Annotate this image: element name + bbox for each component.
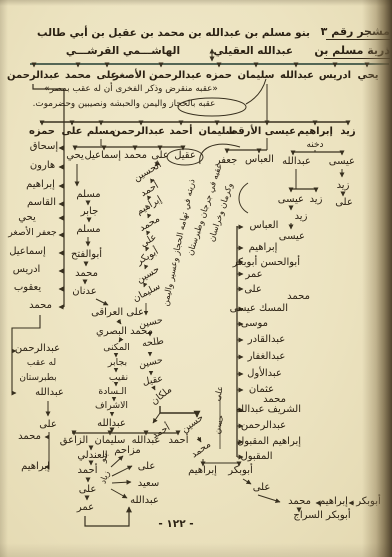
- tree-node: إبراهيم: [316, 496, 351, 507]
- page-number: - ١٢٢ -: [153, 519, 199, 531]
- tree-node: عيسى الأرقط: [239, 126, 296, 137]
- tree-node: الشريف عبدالله: [238, 404, 301, 415]
- tree-node: عبدالرحمن: [118, 126, 165, 137]
- tree-node: حمزه: [26, 126, 58, 137]
- tree-node: عدنان: [69, 286, 100, 297]
- tree-node: سعيد: [135, 478, 162, 489]
- tree-node: محمد: [62, 70, 94, 81]
- tree-node: موسى: [241, 318, 268, 329]
- tree-node: أبوالحسن أبوبكر: [238, 257, 300, 268]
- tree-node: أبوالفتح: [66, 249, 107, 260]
- tree-node: إبراهيم: [298, 126, 333, 137]
- tree-node: يعقوب: [11, 282, 44, 293]
- tree-node: الزاعق: [56, 435, 92, 446]
- tree-node: عقبه بالحجاز واليمن والحبشه ونصيبين وحضر…: [4, 100, 244, 110]
- tree-node: على: [251, 482, 272, 493]
- tree-node: الاشراف: [89, 401, 134, 411]
- tree-node: محمد: [25, 300, 56, 311]
- tree-title: بنو مسلم بن عبدالله بن محمد بن عقيل بن أ…: [70, 28, 310, 40]
- tree-node: يحي: [14, 212, 40, 223]
- tree-node: على: [77, 484, 98, 495]
- tree-node: عبدالله: [127, 495, 162, 506]
- tree-node: عبدالقادر: [243, 334, 290, 345]
- tree-node: جعفر الأصغر: [3, 228, 62, 238]
- tree-node: عمر: [243, 269, 265, 280]
- tree-node: ادريس: [11, 264, 42, 275]
- tree-node: على: [136, 461, 157, 472]
- tree-node: عيسى: [329, 156, 355, 167]
- tree-node: إسماعيل: [7, 246, 48, 257]
- tree-node: على: [334, 197, 354, 208]
- tree-node: عبدالله: [31, 387, 68, 398]
- tree-node: عقيل: [172, 150, 198, 161]
- tree-node: أحمد: [165, 435, 192, 446]
- tree-node: «عقبه منقرض وذكر الفخرى أن له عقب بمصر»: [28, 85, 234, 95]
- tree-number: مشجر رقم ٣: [326, 26, 390, 40]
- root-name: عبدالله العقيلي: [219, 46, 293, 58]
- tree-node: بطبرستان: [15, 373, 61, 383]
- tree-node: محمد: [15, 431, 44, 442]
- root-label: ذرية مسلم بن: [324, 45, 390, 59]
- tree-node: زيد: [291, 211, 311, 222]
- tree-node: إبراهيم: [184, 465, 221, 476]
- tree-node: زيد: [332, 180, 354, 191]
- tree-node: أبوبكر: [223, 465, 258, 476]
- tree-node: أحمد: [167, 126, 195, 137]
- tree-node: محمد: [123, 150, 148, 161]
- tree-node: الـسادة: [93, 387, 132, 397]
- tree-node: أحمد: [75, 465, 100, 476]
- tree-node: عبدالغفار: [243, 351, 290, 362]
- tree-node: جابر: [76, 206, 103, 217]
- tree-node: القاسم: [25, 197, 58, 208]
- tree-node: يحي: [64, 150, 86, 161]
- tree-node: محمد: [72, 268, 101, 279]
- tree-node: إبراهيم: [246, 242, 280, 253]
- tree-node: مزاحم: [111, 445, 144, 456]
- tree-node: عبدالله: [93, 418, 130, 429]
- lineage-title: الهاشـــمي القرشـــي: [42, 46, 204, 58]
- tree-node: حمزه: [204, 70, 234, 81]
- tree-node: بجابر: [103, 358, 132, 368]
- tree-node: سليمان: [236, 70, 276, 81]
- tree-node: على: [60, 126, 84, 137]
- tree-node: المكنى: [101, 343, 132, 353]
- tree-node: أبوبكر السراج: [287, 510, 357, 521]
- tree-node: إسماعيل: [88, 150, 121, 161]
- tree-node: المسك عيسى: [238, 303, 288, 314]
- tree-node: مسلم: [74, 224, 103, 235]
- tree-node: عيسى: [278, 194, 304, 205]
- tree-node: عبدالله: [279, 156, 314, 167]
- tree-node: ادريس: [318, 70, 352, 81]
- tree-node: المقبول: [237, 451, 276, 462]
- tree-node: عبدالله: [278, 70, 316, 81]
- tree-node: هارون: [26, 160, 59, 171]
- tree-node: عبدالرحمن: [8, 70, 60, 81]
- tree-node: على: [37, 419, 59, 430]
- tree-node: عبدالرحمن: [239, 420, 288, 431]
- tree-node: على: [243, 284, 263, 295]
- tree-node: على العراقى: [89, 307, 146, 318]
- tree-node: العباس: [242, 154, 277, 165]
- tree-node: إبراهيم المقبول: [236, 436, 302, 447]
- tree-node: له عقب: [23, 358, 60, 368]
- tree-node: عمر: [73, 502, 98, 513]
- tree-node: العباس: [247, 220, 281, 231]
- tree-node: نقيب: [105, 373, 132, 383]
- tree-node: إبراهيم: [17, 461, 54, 472]
- tree-node: زيد: [306, 194, 326, 205]
- tree-node: دخنه: [300, 140, 330, 150]
- tree-node: مسلم: [74, 189, 103, 200]
- tree-node: عبدالرحمن: [13, 343, 62, 354]
- tree-node: يحي: [354, 70, 382, 81]
- tree-node: عبدالرحمن الأصغر: [120, 70, 202, 81]
- tree-node: عبدالأول: [243, 368, 286, 379]
- tree-node: عيسى: [281, 231, 305, 242]
- tree-node: إبراهيم: [22, 179, 59, 190]
- tree-node: محمد: [284, 496, 315, 507]
- tree-node: زيد: [336, 126, 360, 137]
- tree-node: أبوبكر: [352, 496, 385, 507]
- scanned-page: مشجر رقم ٣ بنو مسلم بن عبدالله بن محمد ب…: [0, 0, 392, 557]
- tree-node: محمد: [285, 291, 312, 302]
- tree-node: إسحاق: [28, 141, 60, 152]
